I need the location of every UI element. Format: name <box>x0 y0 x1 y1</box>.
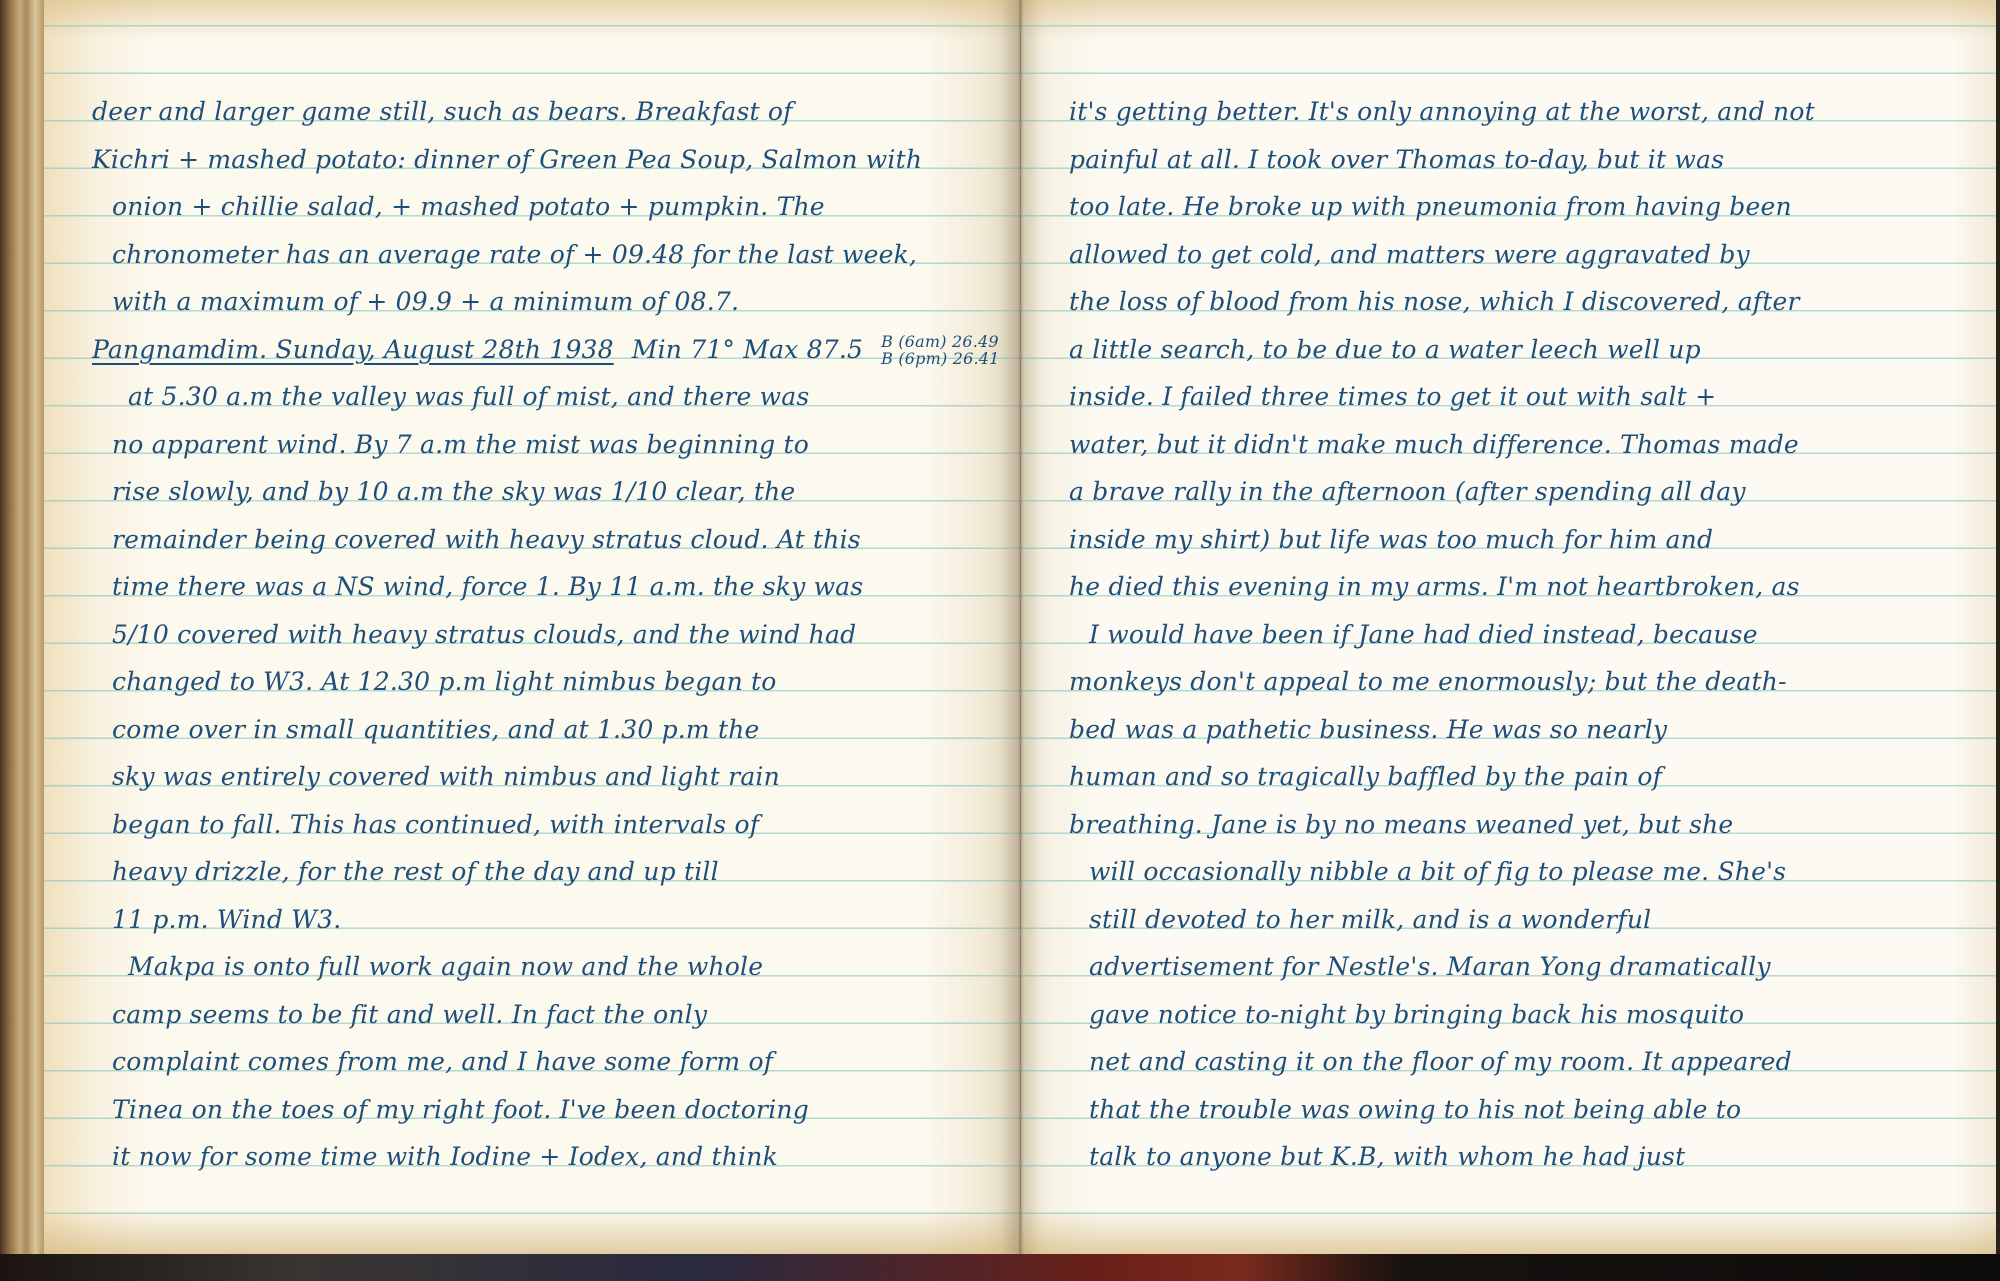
text-line: still devoted to her milk, and is a wond… <box>1069 896 1966 944</box>
left-page: deer and larger game still, such as bear… <box>44 0 1020 1254</box>
text-line: human and so tragically baffled by the p… <box>1069 753 1966 801</box>
text-line: 5/10 covered with heavy stratus clouds, … <box>92 611 994 659</box>
text-line: a brave rally in the afternoon (after sp… <box>1069 468 1966 516</box>
text-line: too late. He broke up with pneumonia fro… <box>1069 183 1966 231</box>
book-page-edges <box>0 0 44 1262</box>
text-line: monkeys don't appeal to me enormously; b… <box>1069 658 1966 706</box>
entry-date-title: Pangnamdim. Sunday, August 28th 1938 <box>92 326 614 374</box>
text-line: Kichri + mashed potato: dinner of Green … <box>92 136 994 184</box>
text-line: a little search, to be due to a water le… <box>1069 326 1966 374</box>
text-line: water, but it didn't make much differenc… <box>1069 421 1966 469</box>
right-page: it's getting better. It's only annoying … <box>1020 0 1996 1254</box>
text-line: remainder being covered with heavy strat… <box>92 516 994 564</box>
text-line: inside. I failed three times to get it o… <box>1069 373 1966 421</box>
left-page-text: deer and larger game still, such as bear… <box>92 88 994 1181</box>
barometer-readings: B (6am) 26.49 B (6pm) 26.41 <box>881 333 999 367</box>
text-line: 11 p.m. Wind W3. <box>92 896 994 944</box>
barometer-pm: B (6pm) 26.41 <box>881 350 999 367</box>
text-line: it now for some time with Iodine + Iodex… <box>92 1133 994 1181</box>
text-line: talk to anyone but K.B, with whom he had… <box>1069 1133 1966 1181</box>
text-line: heavy drizzle, for the rest of the day a… <box>92 848 994 896</box>
barometer-am: B (6am) 26.49 <box>881 333 999 350</box>
text-line: will occasionally nibble a bit of fig to… <box>1069 848 1966 896</box>
text-line: inside my shirt) but life was too much f… <box>1069 516 1966 564</box>
text-line: camp seems to be fit and well. In fact t… <box>92 991 994 1039</box>
text-line: gave notice to-night by bringing back hi… <box>1069 991 1966 1039</box>
text-line: the loss of blood from his nose, which I… <box>1069 278 1966 326</box>
text-line: advertisement for Nestle's. Maran Yong d… <box>1069 943 1966 991</box>
text-line: deer and larger game still, such as bear… <box>92 88 994 136</box>
text-line: net and casting it on the floor of my ro… <box>1069 1038 1966 1086</box>
text-line: chronometer has an average rate of + 09.… <box>92 231 994 279</box>
entry-heading: Pangnamdim. Sunday, August 28th 1938 Min… <box>92 326 994 374</box>
text-line: rise slowly, and by 10 a.m the sky was 1… <box>92 468 994 516</box>
text-line: changed to W3. At 12.30 p.m light nimbus… <box>92 658 994 706</box>
text-line: it's getting better. It's only annoying … <box>1069 88 1966 136</box>
background-below-book <box>0 1254 2000 1281</box>
diary-spread: deer and larger game still, such as bear… <box>0 0 2000 1262</box>
text-line: began to fall. This has continued, with … <box>92 801 994 849</box>
text-line: he died this evening in my arms. I'm not… <box>1069 563 1966 611</box>
temperature-readings: Min 71° Max 87.5 <box>632 326 863 374</box>
text-line: I would have been if Jane had died inste… <box>1069 611 1966 659</box>
text-line: that the trouble was owing to his not be… <box>1069 1086 1966 1134</box>
text-line: Makpa is onto full work again now and th… <box>92 943 994 991</box>
text-line: with a maximum of + 09.9 + a minimum of … <box>92 278 994 326</box>
text-line: time there was a NS wind, force 1. By 11… <box>92 563 994 611</box>
right-page-text: it's getting better. It's only annoying … <box>1069 88 1966 1181</box>
paper-stain-bottom <box>44 1209 1020 1254</box>
text-line: allowed to get cold, and matters were ag… <box>1069 231 1966 279</box>
text-line: bed was a pathetic business. He was so n… <box>1069 706 1966 754</box>
text-line: no apparent wind. By 7 a.m the mist was … <box>92 421 994 469</box>
text-line: complaint comes from me, and I have some… <box>92 1038 994 1086</box>
text-line: at 5.30 a.m the valley was full of mist,… <box>92 373 994 421</box>
text-line: breathing. Jane is by no means weaned ye… <box>1069 801 1966 849</box>
text-line: onion + chillie salad, + mashed potato +… <box>92 183 994 231</box>
text-line: painful at all. I took over Thomas to-da… <box>1069 136 1966 184</box>
text-line: sky was entirely covered with nimbus and… <box>92 753 994 801</box>
text-line: Tinea on the toes of my right foot. I've… <box>92 1086 994 1134</box>
paper-stain-bottom <box>1021 1209 1996 1254</box>
text-line: come over in small quantities, and at 1.… <box>92 706 994 754</box>
